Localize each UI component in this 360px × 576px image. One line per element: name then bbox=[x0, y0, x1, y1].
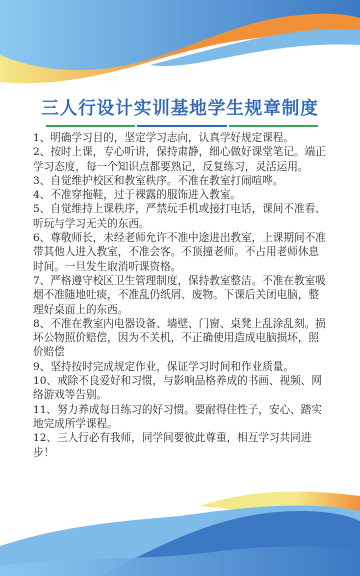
rule-item: 9、坚持按时完成规定作业，保证学习时间和作业质量。 bbox=[33, 360, 329, 374]
rules-list: 1、明确学习目的，坚定学习志向，认真学好规定课程。 2、按时上课，专心听讲，保持… bbox=[33, 131, 329, 460]
underline-segment-center bbox=[137, 125, 226, 127]
rule-item: 8、不准在教室内电器设备、墙壁、门窗、桌凳上乱涂乱刻。损坏公物照价赔偿，因为不关… bbox=[33, 317, 329, 360]
top-wave-decoration bbox=[0, 0, 360, 90]
rule-item: 10、戒除不良爱好和习惯，与影响品格养成的书画、视频、网络游戏等告别。 bbox=[33, 374, 329, 403]
rule-item: 1、明确学习目的，坚定学习志向，认真学好规定课程。 bbox=[33, 131, 329, 145]
title-underline bbox=[46, 125, 318, 127]
underline-segment-right bbox=[229, 125, 318, 127]
rule-item: 5、自觉维持上课秩序，严禁玩手机或接打电话，课间不准看、听玩与学习无关的东西。 bbox=[33, 202, 329, 231]
rule-item: 11、努力养成每日练习的好习惯。要耐得住性子，安心、踏实地完成所学课程。 bbox=[33, 403, 329, 432]
rule-item: 2、按时上课，专心听讲，保持肃静，细心做好课堂笔记。端正学习态度，每一个知识点都… bbox=[33, 145, 329, 174]
bottom-wave-decoration bbox=[0, 466, 360, 576]
underline-segment-left bbox=[46, 125, 135, 127]
rule-item: 4、不准穿拖鞋，过于裸露的服饰进入教室。 bbox=[33, 188, 329, 202]
rule-item: 6、尊敬师长，未经老师允许不准中途进出教室，上课期间不准带其他人进入教室，不准会… bbox=[33, 231, 329, 274]
rule-item: 3、自觉维护校区和教室秩序。不准在教室打闹喧哗。 bbox=[33, 174, 329, 188]
rule-item: 12、三人行必有我师，同学间要彼此尊重，相互学习共同进步！ bbox=[33, 431, 329, 460]
page-title: 三人行设计实训基地学生规章制度 bbox=[0, 95, 360, 120]
rule-item: 7、严格遵守校区卫生管理制度，保持教室整洁。不准在教室吸烟不准随地吐痰，不准乱仍… bbox=[33, 274, 329, 317]
